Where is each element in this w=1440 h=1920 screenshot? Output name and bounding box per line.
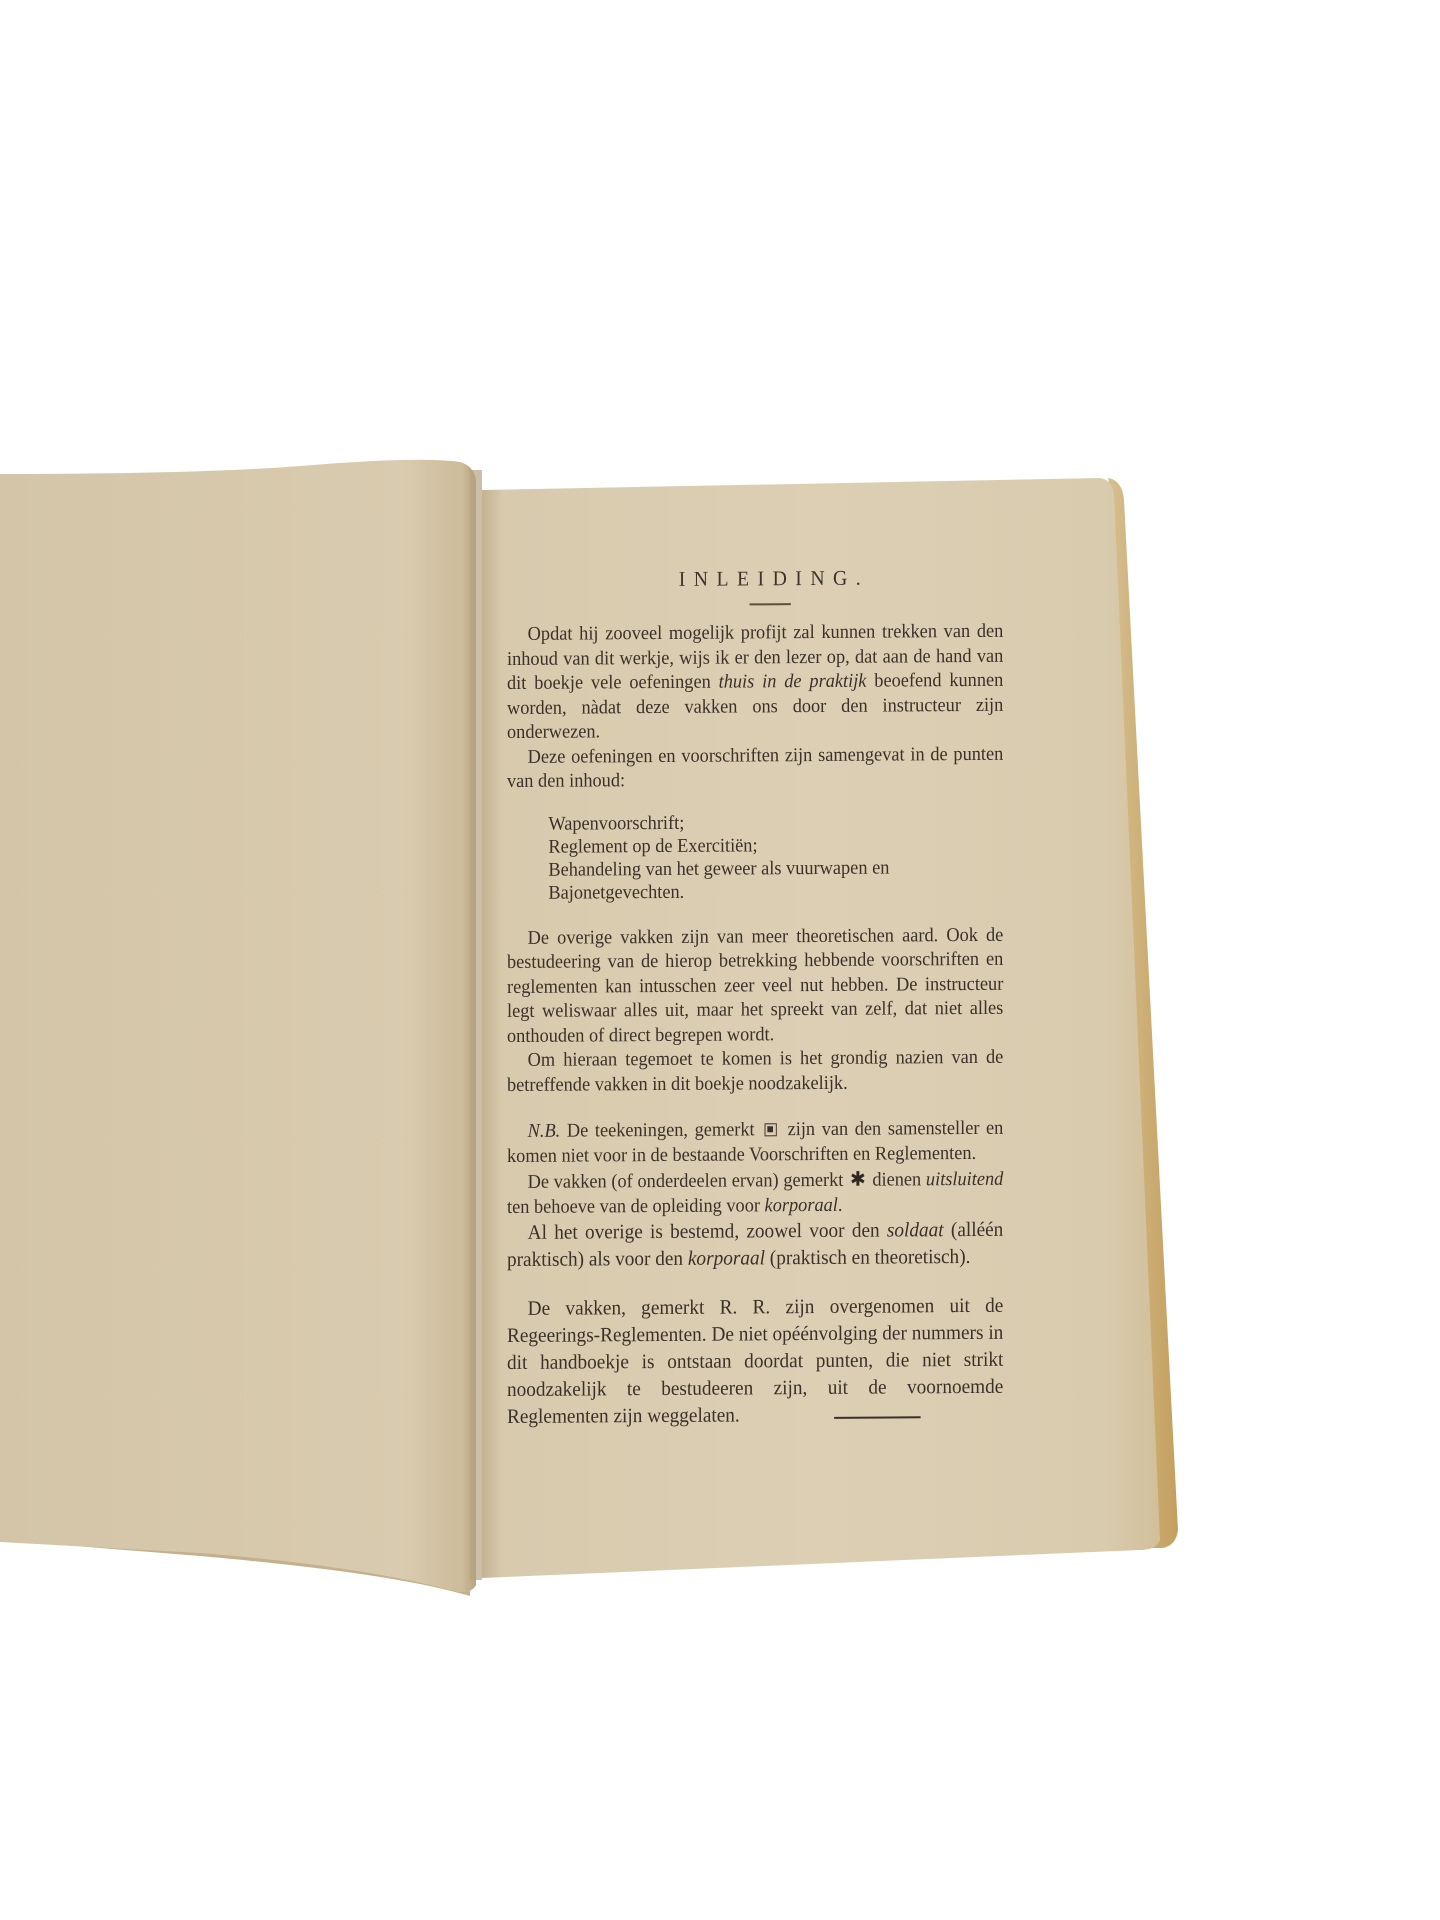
spacer [507, 1095, 1003, 1120]
list-item: Reglement op de Exercitiën; [548, 832, 1003, 858]
page-title: INLEIDING. [545, 562, 1004, 595]
paragraph-5-emphasis: uitsluitend [926, 1169, 1003, 1191]
spacer [507, 1271, 1003, 1296]
list-item: Bajonetgevechten. [548, 878, 1003, 904]
nb-label: N.B. [528, 1121, 561, 1142]
paragraph-6-text: Al het overige is bestemd, zoowel voor d… [528, 1220, 887, 1244]
list-item: Behandeling van het geweer als vuurwapen… [548, 855, 1003, 881]
topics-list: Wapenvoorschrift; Reglement op de Exerci… [507, 809, 1003, 904]
paragraph-2: Deze oefeningen en voorschriften zijn sa… [507, 742, 1003, 794]
open-book-photo: INLEIDING. Opdat hij zooveel mogelijk pr… [0, 0, 1440, 1920]
page-text: INLEIDING. Opdat hij zooveel mogelijk pr… [507, 562, 1003, 1431]
paragraph-6-emphasis-2: korporaal [688, 1247, 765, 1270]
paragraph-5-text: De vakken (of onderdeelen ervan) gemerkt [528, 1170, 844, 1193]
left-page [0, 460, 476, 1592]
asterisk-flower-icon: ✱ [850, 1167, 866, 1191]
closing-rule [834, 1417, 920, 1419]
paragraph-7: De vakken, gemerkt R. R. zijn overgenome… [507, 1293, 1003, 1431]
title-rule [750, 603, 791, 605]
paragraph-5-text-mid: dienen [872, 1169, 926, 1190]
paragraph-6-text-3: (praktisch en theoretisch). [765, 1246, 970, 1269]
paragraph-1: Opdat hij zooveel mogelijk profijt zal k… [507, 620, 1003, 746]
paragraph-1-emphasis: thuis in de praktijk [719, 671, 867, 693]
paragraph-3: De overige vakken zijn van meer theoreti… [507, 923, 1003, 1049]
paragraph-5-text-end: . [838, 1194, 843, 1215]
paragraph-6-emphasis: soldaat [887, 1219, 944, 1241]
paragraph-6: Al het overige is bestemd, zoowel voor d… [507, 1217, 1003, 1274]
paragraph-7-text: De vakken, gemerkt R. R. zijn overgenome… [507, 1295, 1003, 1428]
spacer [507, 901, 1003, 926]
list-item: Wapenvoorschrift; [548, 809, 1003, 835]
paragraph-4: Om hieraan tegemoet te komen is het gron… [507, 1046, 1003, 1098]
paragraph-5: De vakken (of onderdeelen ervan) gemerkt… [507, 1166, 1003, 1220]
paragraph-5-emphasis-2: korporaal [765, 1194, 838, 1215]
nb-paragraph: N.B. De teekeningen, gemerkt zijn van de… [507, 1117, 1003, 1169]
spine-shadow [470, 470, 482, 1580]
framed-square-icon [765, 1123, 777, 1136]
paragraph-5-text-mid-2: ten behoeve van de opleiding voor [507, 1195, 765, 1218]
nb-text: De teekeningen, gemerkt [567, 1119, 755, 1141]
